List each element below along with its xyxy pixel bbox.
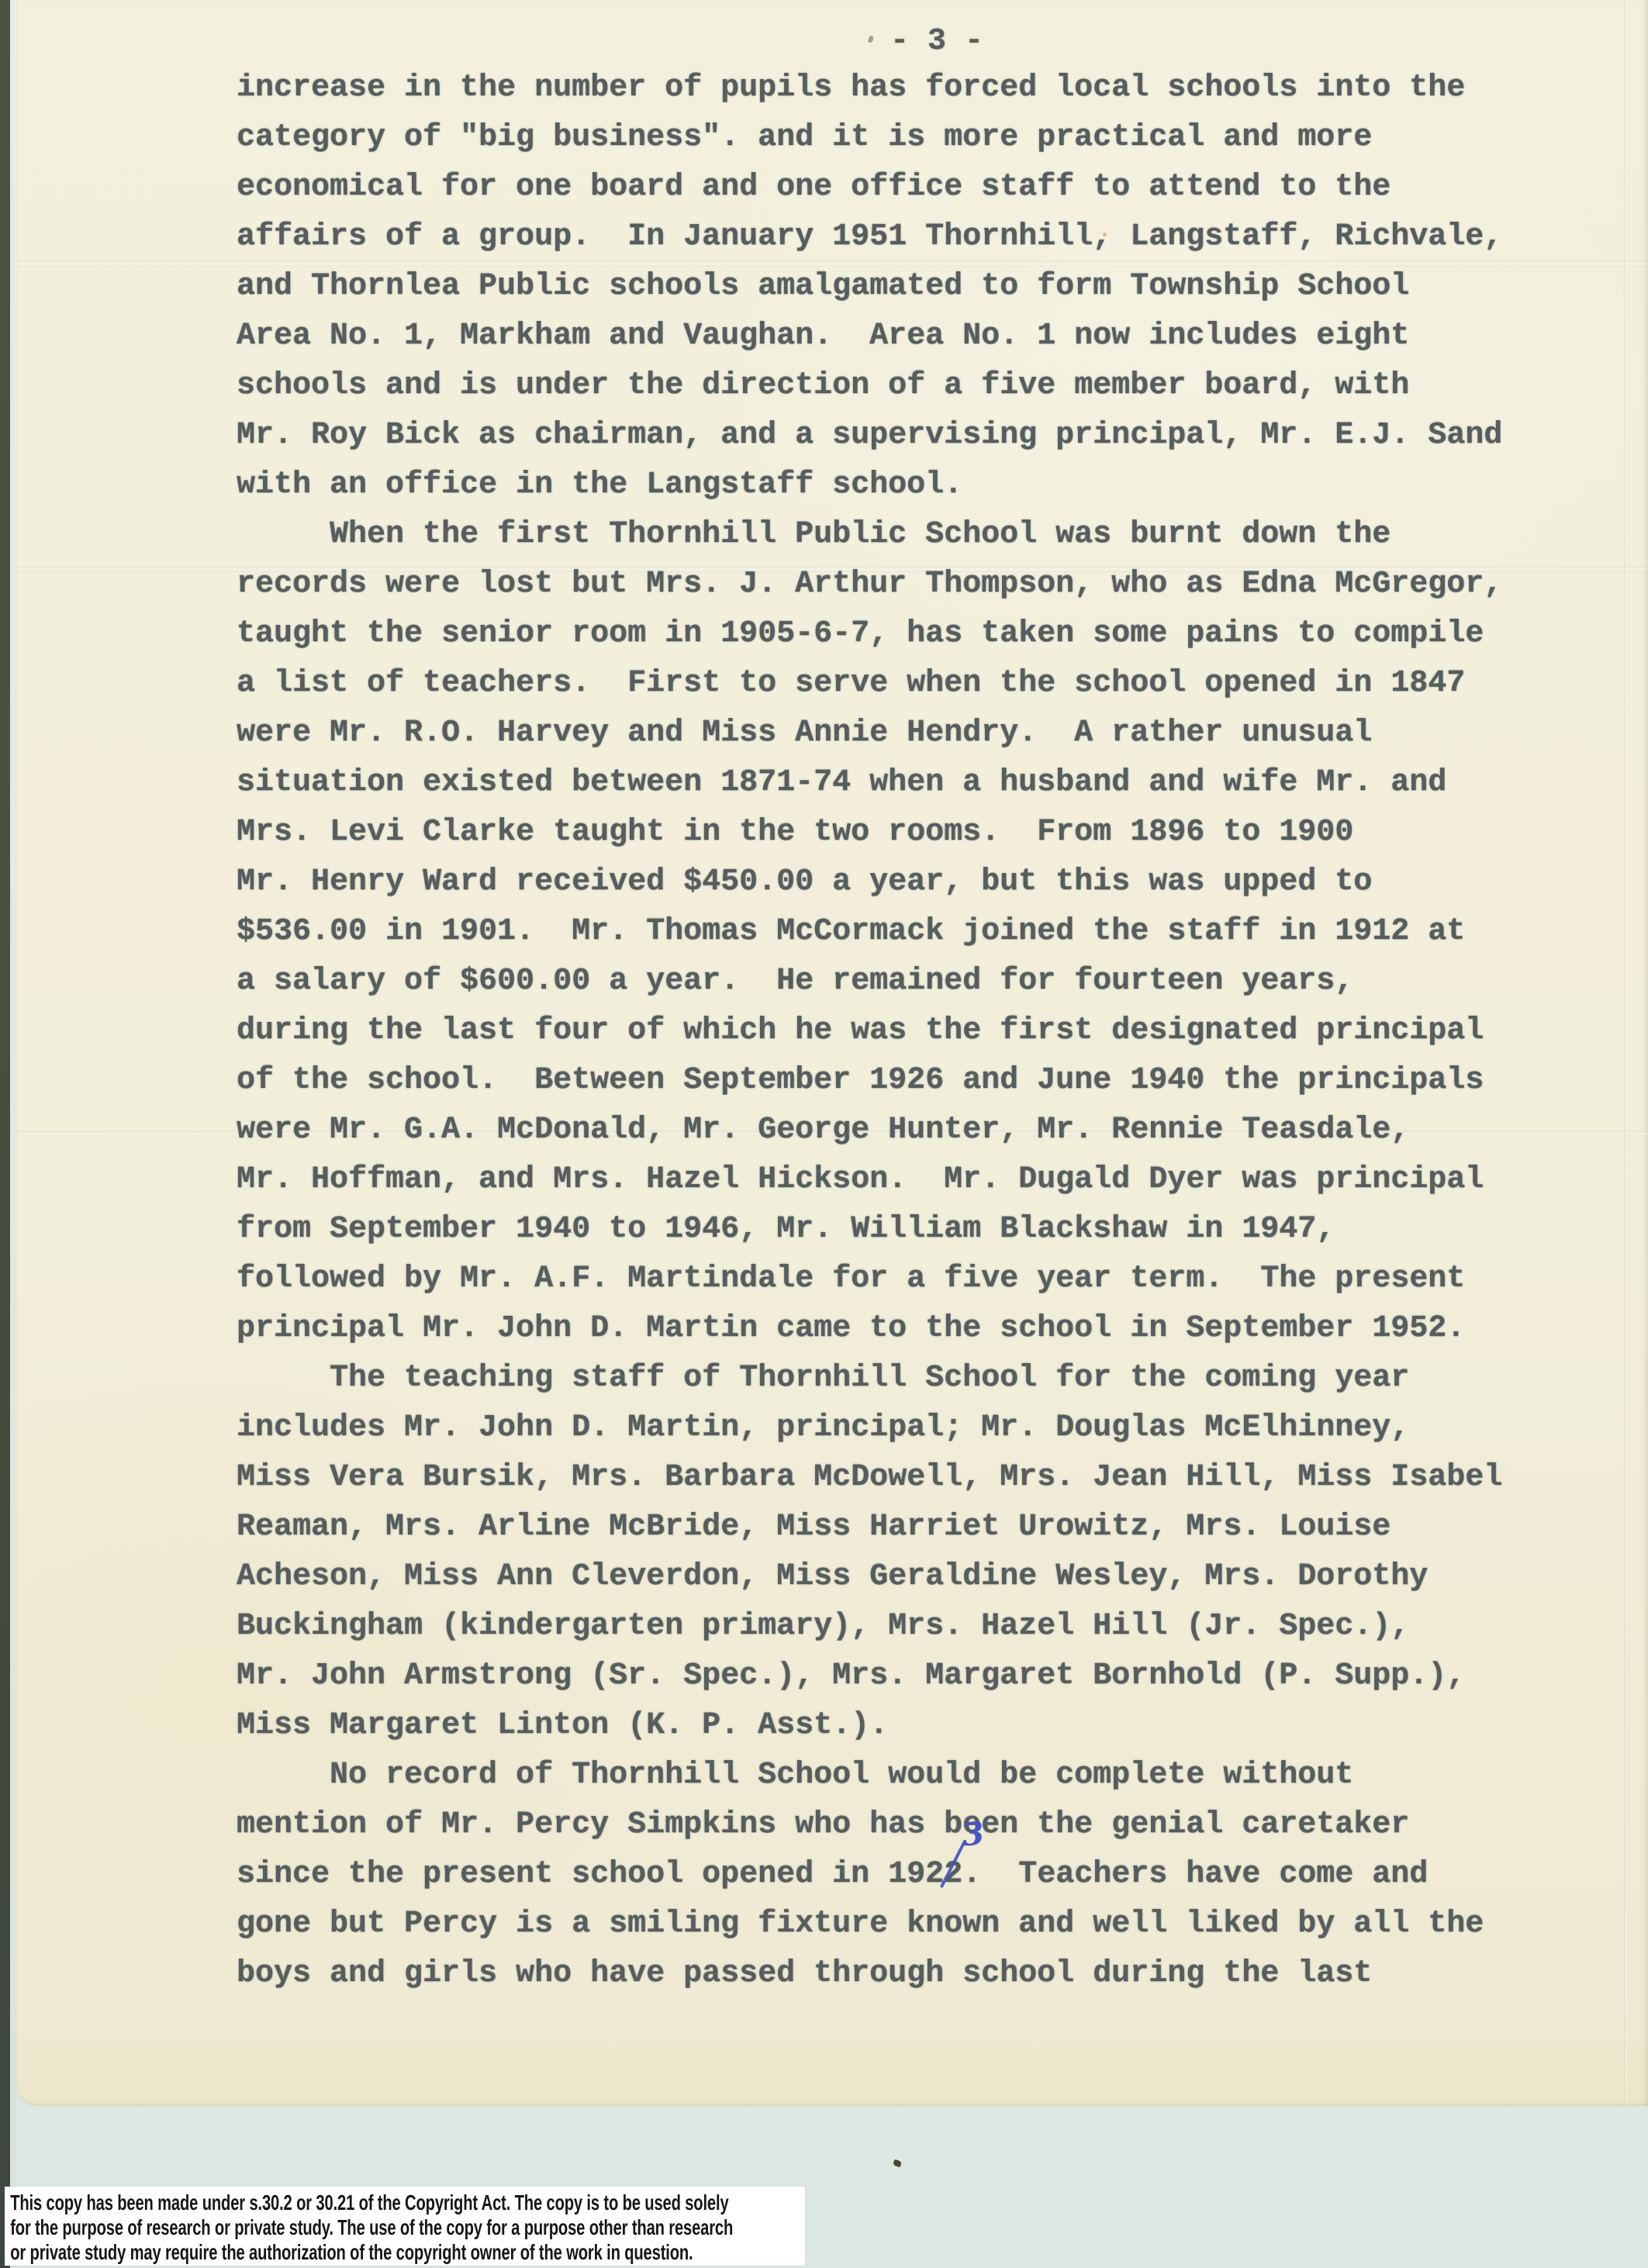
scanner-edge-strip: [0, 0, 10, 2268]
scanner-debris-speck: [893, 2159, 902, 2168]
scanned-document-page: - 3 - increase in the number of pupils h…: [0, 0, 1648, 2268]
typewritten-line: were Mr. G.A. McDonald, Mr. George Hunte…: [237, 1106, 1502, 1155]
typewritten-line: Miss Vera Bursik, Mrs. Barbara McDowell,…: [237, 1453, 1502, 1503]
copyright-stamp-line: This copy has been made under s.30.2 or …: [10, 2190, 581, 2215]
copyright-stamp: This copy has been made under s.30.2 or …: [5, 2187, 805, 2266]
line-segment: since the present school opened in 192: [237, 1857, 944, 1892]
typewritten-text-block: increase in the number of pupils has for…: [237, 64, 1502, 1999]
typewritten-line: Mr. Hoffman, and Mrs. Hazel Hickson. Mr.…: [237, 1155, 1502, 1205]
typewritten-line: category of "big business". and it is mo…: [237, 113, 1502, 163]
typewritten-line: Mrs. Levi Clarke taught in the two rooms…: [237, 808, 1502, 858]
typewritten-line: Mr. Henry Ward received $450.00 a year, …: [237, 858, 1502, 907]
typewritten-line: during the last four of which he was the…: [237, 1006, 1502, 1056]
typewritten-line: Mr. Roy Bick as chairman, and a supervis…: [237, 411, 1502, 461]
typewritten-line: boys and girls who have passed through s…: [237, 1949, 1502, 1999]
typewritten-line: records were lost but Mrs. J. Arthur Tho…: [237, 560, 1502, 609]
typewritten-line: economical for one board and one office …: [237, 163, 1502, 212]
typewritten-line: Mr. John Armstrong (Sr. Spec.), Mrs. Mar…: [237, 1652, 1502, 1701]
corrected-digit-wrapper: 23: [944, 1850, 962, 1900]
handwritten-correction-digit: 3: [961, 1818, 986, 1851]
typewritten-line: No record of Thornhill School would be c…: [237, 1751, 1502, 1800]
copyright-stamp-line: or private study may require the authori…: [10, 2240, 581, 2265]
typewritten-line: situation existed between 1871-74 when a…: [237, 758, 1502, 808]
typewritten-line: When the first Thornhill Public School w…: [237, 510, 1502, 560]
typewritten-line: of the school. Between September 1926 an…: [237, 1056, 1502, 1106]
typewritten-line: and Thornlea Public schools amalgamated …: [237, 262, 1502, 312]
typewritten-line: Miss Margaret Linton (K. P. Asst.).: [237, 1701, 1502, 1751]
typewritten-line: gone but Percy is a smiling fixture know…: [237, 1900, 1502, 1949]
typewritten-line: a list of teachers. First to serve when …: [237, 659, 1502, 709]
typewritten-line: Reaman, Mrs. Arline McBride, Miss Harrie…: [237, 1503, 1502, 1552]
typewritten-line: $536.00 in 1901. Mr. Thomas McCormack jo…: [237, 907, 1502, 957]
copyright-stamp-text: This copy has been made under s.30.2 or …: [5, 2187, 581, 2265]
typewritten-line: schools and is under the direction of a …: [237, 361, 1502, 411]
typewritten-line: with an office in the Langstaff school.: [237, 461, 1502, 510]
typewritten-line: mention of Mr. Percy Simpkins who has be…: [237, 1800, 1502, 1850]
typewritten-line: from September 1940 to 1946, Mr. William…: [237, 1205, 1502, 1255]
typewritten-line: a salary of $600.00 a year. He remained …: [237, 957, 1502, 1006]
typewritten-line: since the present school opened in 19223…: [237, 1850, 1502, 1900]
page-number: - 3 -: [890, 17, 983, 67]
typewritten-line: The teaching staff of Thornhill School f…: [237, 1354, 1502, 1403]
scanner-edge-highlight: [10, 0, 16, 2268]
typewritten-line: were Mr. R.O. Harvey and Miss Annie Hend…: [237, 709, 1502, 758]
typewritten-line: followed by Mr. A.F. Martindale for a fi…: [237, 1255, 1502, 1304]
typewritten-line: taught the senior room in 1905-6-7, has …: [237, 609, 1502, 659]
copyright-stamp-line: for the purpose of research or private s…: [10, 2215, 581, 2240]
typewritten-line: Area No. 1, Markham and Vaughan. Area No…: [237, 312, 1502, 361]
typewritten-line: Acheson, Miss Ann Cleverdon, Miss Gerald…: [237, 1552, 1502, 1602]
typewritten-line: increase in the number of pupils has for…: [237, 64, 1502, 113]
typewritten-line: Buckingham (kindergarten primary), Mrs. …: [237, 1602, 1502, 1652]
typewritten-line: affairs of a group. In January 1951 Thor…: [237, 212, 1502, 262]
line-segment: . Teachers have come and: [962, 1857, 1428, 1892]
typewritten-line: includes Mr. John D. Martin, principal; …: [237, 1403, 1502, 1453]
typewritten-line: principal Mr. John D. Martin came to the…: [237, 1304, 1502, 1354]
paper-fleck: [1103, 233, 1107, 236]
